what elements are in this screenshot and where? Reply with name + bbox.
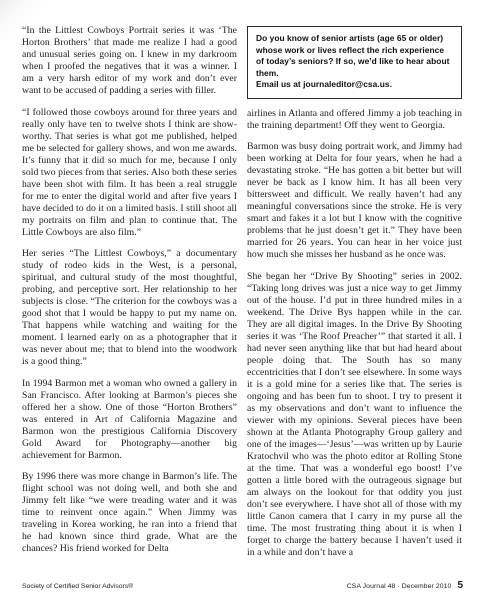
callout-box: Do you know of senior artists (age 65 or…: [247, 26, 462, 99]
paragraph: “I followed those cowboys around for thr…: [22, 107, 237, 239]
right-column-text: airlines in Atlanta and offered Jimmy a …: [247, 108, 462, 559]
paragraph: Barmon was busy doing portrait work, and…: [247, 141, 462, 261]
paragraph: Her series “The Littlest Cowboys,” a doc…: [22, 248, 237, 368]
paragraph: By 1996 there was more change in Barmon’…: [22, 471, 237, 555]
callout-text: Do you know of senior artists (age 65 or…: [256, 33, 453, 79]
article-body: “In the Littlest Cowboys Portrait series…: [0, 0, 482, 568]
paragraph: In 1994 Barmon met a woman who owned a g…: [22, 378, 237, 462]
footer-page-number: 5: [457, 580, 463, 591]
paragraph: airlines in Atlanta and offered Jimmy a …: [247, 108, 462, 132]
callout-email-line: Email us at journaleditor@csa.us.: [256, 79, 453, 91]
footer-journal-block: CSA Journal 48 · December 20105: [347, 580, 463, 591]
page-footer: Society of Certified Senior Advisors® CS…: [22, 580, 463, 591]
footer-journal-info: CSA Journal 48 · December 2010: [347, 583, 452, 590]
footer-organization: Society of Certified Senior Advisors®: [22, 583, 133, 590]
right-column: Do you know of senior artists (age 65 or…: [247, 25, 462, 568]
left-column: “In the Littlest Cowboys Portrait series…: [22, 25, 237, 568]
paragraph: “In the Littlest Cowboys Portrait series…: [22, 25, 237, 97]
paragraph: She began her “Drive By Shooting” series…: [247, 271, 462, 559]
magazine-page: “In the Littlest Cowboys Portrait series…: [0, 0, 482, 604]
